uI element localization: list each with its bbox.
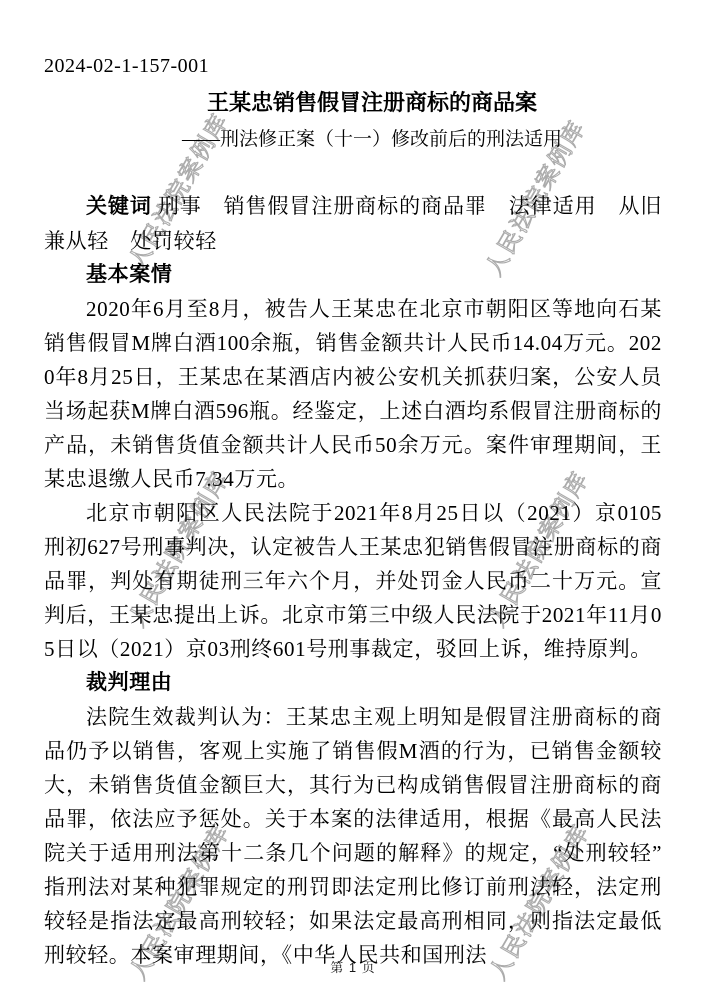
- section-heading-basic-facts: 基本案情: [44, 258, 662, 292]
- section-heading-reasoning: 裁判理由: [44, 666, 662, 700]
- document-page: 人民法院案例库 人民法院案例库 人民法院案例库 人民法院案例库 人民法院案例库 …: [0, 0, 706, 999]
- case-subtitle: ——刑法修正案（十一）修改前后的刑法适用: [82, 127, 662, 153]
- page-number: 第 1 页: [0, 957, 706, 976]
- paragraph-reasoning-1: 法院生效裁判认为：王某忠主观上明知是假冒注册商标的商品仍予以销售，客观上实施了销…: [44, 700, 662, 972]
- keywords-paragraph: 关键词刑事 销售假冒注册商标的商品罪 法律适用 从旧兼从轻 处罚较轻: [44, 189, 662, 258]
- doc-number: 2024-02-1-157-001: [44, 54, 662, 78]
- body-text: 关键词刑事 销售假冒注册商标的商品罪 法律适用 从旧兼从轻 处罚较轻 基本案情 …: [44, 189, 662, 972]
- title-block: 王某忠销售假冒注册商标的商品案 ——刑法修正案（十一）修改前后的刑法适用: [44, 88, 662, 153]
- case-title: 王某忠销售假冒注册商标的商品案: [82, 88, 662, 118]
- paragraph-facts-2: 北京市朝阳区人民法院于2021年8月25日以（2021）京0105刑初627号刑…: [44, 496, 662, 666]
- document-content: 2024-02-1-157-001 王某忠销售假冒注册商标的商品案 ——刑法修正…: [44, 0, 662, 972]
- paragraph-facts-1: 2020年6月至8月，被告人王某忠在北京市朝阳区等地向石某销售假冒M牌白酒100…: [44, 292, 662, 496]
- keywords-label: 关键词: [86, 195, 152, 218]
